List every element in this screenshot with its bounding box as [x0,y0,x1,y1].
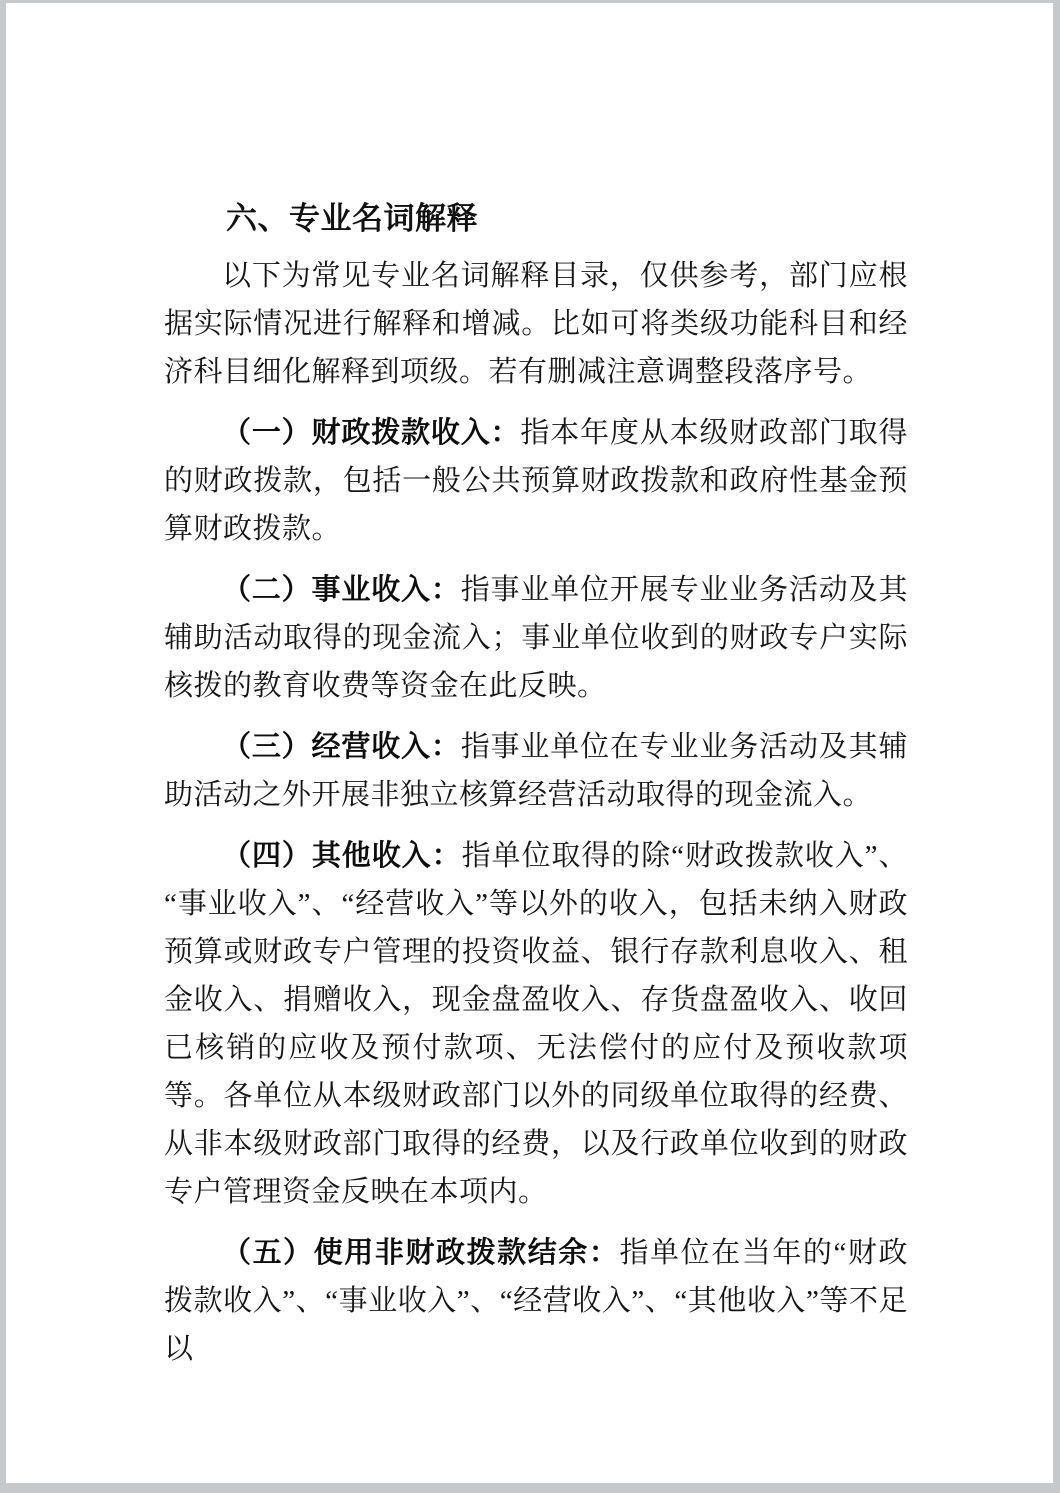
page-content: 六、专业名词解释 以下为常见专业名词解释目录，仅供参考，部门应根据实际情况进行解… [6,3,1053,1373]
section-heading: 六、专业名词解释 [164,199,908,239]
term-lead-4: （四）其他收入： [222,840,462,872]
term-lead-3: （三）经营收入： [222,731,461,763]
term-paragraph-4: （四）其他收入：指单位取得的除“财政拨款收入”、“事业收入”、“经营收入”等以外… [164,832,908,1216]
term-paragraph-5: （五）使用非财政拨款结余：指单位在当年的“财政拨款收入”、“事业收入”、“经营收… [164,1229,908,1373]
term-lead-2: （二）事业收入： [222,574,461,606]
document-page: 六、专业名词解释 以下为常见专业名词解释目录，仅供参考，部门应根据实际情况进行解… [6,3,1053,1483]
term-text-4: 指单位取得的除“财政拨款收入”、“事业收入”、“经营收入”等以外的收入，包括未纳… [164,840,908,1208]
term-paragraph-1: （一）财政拨款收入：指本年度从本级财政部门取得的财政拨款，包括一般公共预算财政拨… [164,409,908,553]
term-lead-1: （一）财政拨款收入： [222,417,520,449]
term-paragraph-3: （三）经营收入：指事业单位在专业业务活动及其辅助活动之外开展非独立核算经营活动取… [164,723,908,819]
intro-paragraph: 以下为常见专业名词解释目录，仅供参考，部门应根据实际情况进行解释和增减。比如可将… [164,252,908,396]
term-lead-5: （五）使用非财政拨款结余： [222,1237,619,1269]
document-viewer-canvas: { "colors": { "canvas_background": "#c6c… [0,0,1060,1493]
term-paragraph-2: （二）事业收入：指事业单位开展专业业务活动及其辅助活动取得的现金流入；事业单位收… [164,566,908,710]
